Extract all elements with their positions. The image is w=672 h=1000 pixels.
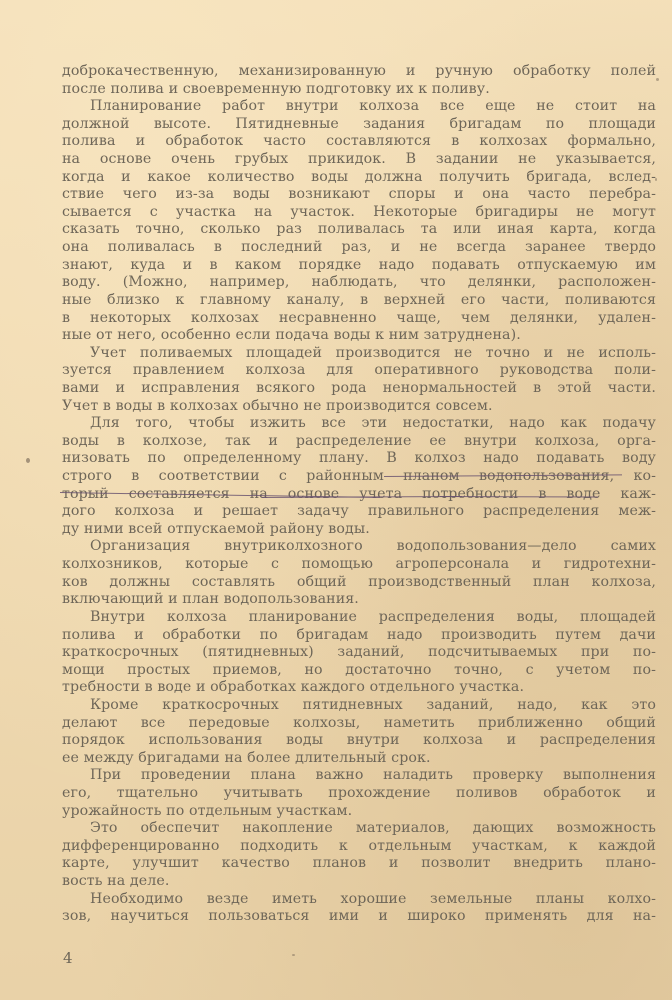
scanned-book-page: доброкачественную, механизированную и ру… xyxy=(0,0,672,1000)
text-line: воду. (Можно, например, наблюдать, что д… xyxy=(62,274,656,292)
text-line: после полива и своевременную подготовку … xyxy=(62,81,656,99)
text-line: доброкачественную, механизированную и ру… xyxy=(62,63,656,81)
paragraph-start-line: Учет поливаемых площадей производится не… xyxy=(62,345,656,363)
text-line: на основе очень грубых прикидок. В задан… xyxy=(62,151,656,169)
text-line: вами и исправления всякого рода ненормал… xyxy=(62,380,656,398)
text-line: ствие чего из-за воды возникают споры и … xyxy=(62,186,656,204)
text-line: она поливалась в последний раз, и не все… xyxy=(62,239,656,257)
text-line: ков должны составлять общий производстве… xyxy=(62,574,656,592)
text-line: вость на деле. xyxy=(62,873,656,891)
text-line: сказать точно, сколько раз поливалась та… xyxy=(62,221,656,239)
text-line: низовать по определенному плану. В колхо… xyxy=(62,450,656,468)
page-number: 4 xyxy=(63,949,73,967)
paragraph-start-line: Планирование работ внутри колхоза все ещ… xyxy=(62,98,656,116)
text-line: урожайность по отдельным участкам. xyxy=(62,803,656,821)
margin-dot-mark xyxy=(26,458,30,463)
text-line: должной высоте. Пятидневные задания бриг… xyxy=(62,116,656,134)
paragraph-start-line: Для того, чтобы изжить все эти недостатк… xyxy=(62,415,656,433)
paragraph-start-line: Внутри колхоза планирование распределени… xyxy=(62,609,656,627)
text-line: зуется правлением колхоза для оперативно… xyxy=(62,362,656,380)
paragraph-start-line: Это обеспечит накопление материалов, даю… xyxy=(62,820,656,838)
text-line: порядок использования воды внутри колхоз… xyxy=(62,732,656,750)
paragraph-start-line: При проведении плана важно наладить пров… xyxy=(62,767,656,785)
text-line: воды в колхозе, так и распределение ее в… xyxy=(62,433,656,451)
text-line: сывается с участка на участок. Некоторые… xyxy=(62,204,656,222)
text-line: мощи простых приемов, но достаточно точн… xyxy=(62,662,656,680)
text-line: дифференцированно подходить к отдельным … xyxy=(62,838,656,856)
text-line: зов, научиться пользоваться ими и широко… xyxy=(62,908,656,926)
text-line: ду ними всей отпускаемой району воды. xyxy=(62,521,656,539)
paper-speck xyxy=(656,78,659,81)
text-line: включающий и план водопользования. xyxy=(62,591,656,609)
text-line: знают, куда и в каком порядке надо подав… xyxy=(62,257,656,275)
paragraph-start-line: Необходимо везде иметь хорошие земельные… xyxy=(62,891,656,909)
text-line: карте, улучшит качество планов и позволи… xyxy=(62,855,656,873)
text-line: Учет в воды в колхозах обычно не произво… xyxy=(62,398,656,416)
text-line: колхозников, которые с помощью агроперсо… xyxy=(62,556,656,574)
text-line: ные близко к главному каналу, в верхней … xyxy=(62,292,656,310)
text-line: в некоторых колхозах несравненно чаще, ч… xyxy=(62,310,656,328)
text-line: дого колхоза и решает задачу правильного… xyxy=(62,503,656,521)
text-line: его, тщательно учитывать прохождение пол… xyxy=(62,785,656,803)
paper-speck xyxy=(292,954,295,956)
text-line: краткосрочных (пятидневных) заданий, под… xyxy=(62,644,656,662)
text-line: требности в воде и обработках каждого от… xyxy=(62,679,656,697)
text-line: полива и обработок часто составляются в … xyxy=(62,133,656,151)
paper-speck xyxy=(655,178,657,181)
text-line: строго в соответствии с районным планом … xyxy=(62,468,656,486)
text-line: делают все передовые колхозы, наметить п… xyxy=(62,715,656,733)
text-line: полива и обработки по бригадам надо прои… xyxy=(62,627,656,645)
paragraph-start-line: Организация внутриколхозного водопользов… xyxy=(62,538,656,556)
text-line: ее между бригадами на более длительный с… xyxy=(62,750,656,768)
paragraph-start-line: Кроме краткосрочных пятидневных заданий,… xyxy=(62,697,656,715)
text-line: ные от него, особенно если подача воды к… xyxy=(62,327,656,345)
text-line: когда и какое количество воды должна пол… xyxy=(62,169,656,187)
